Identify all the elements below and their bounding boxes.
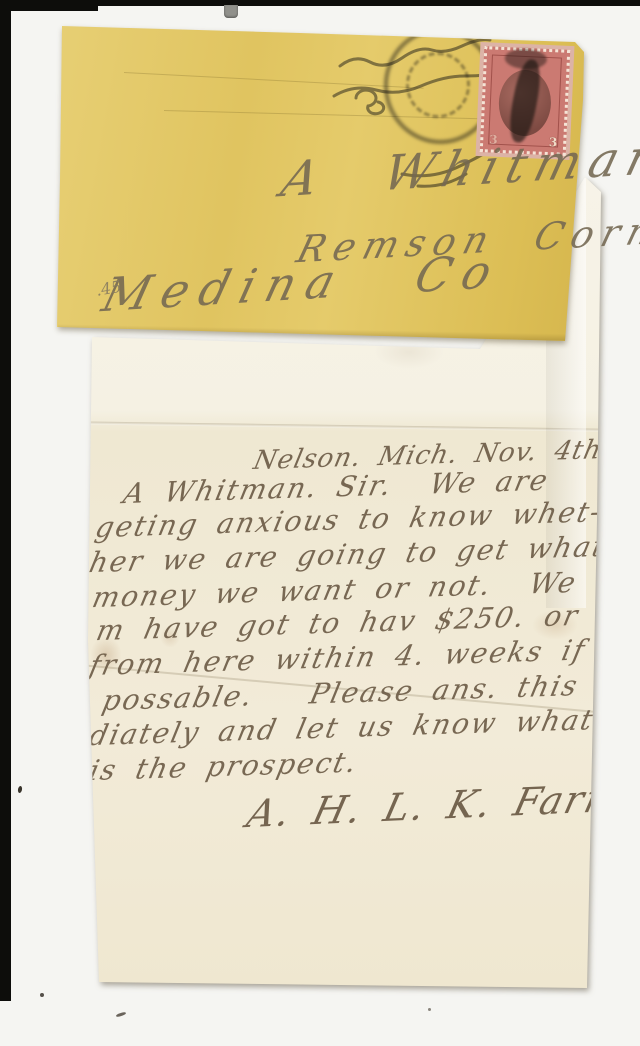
scanner-edge-left	[0, 0, 11, 1001]
signature: A. H. L. K. Farnam	[243, 773, 640, 836]
dust-speck	[40, 993, 44, 997]
scanned-document: Nelson. Mich. Nov. 4th /68. A Whitman. S…	[0, 0, 640, 1046]
dust-speck	[17, 786, 22, 794]
dust-speck	[428, 1008, 431, 1011]
scanner-edge-top-corner	[0, 0, 98, 11]
dust-speck	[116, 1012, 126, 1018]
scanner-tab	[224, 5, 238, 18]
paper-fold-crease	[84, 421, 602, 431]
letter-line: is the prospect.	[86, 745, 361, 787]
envelope-edge-shadow	[58, 324, 578, 341]
